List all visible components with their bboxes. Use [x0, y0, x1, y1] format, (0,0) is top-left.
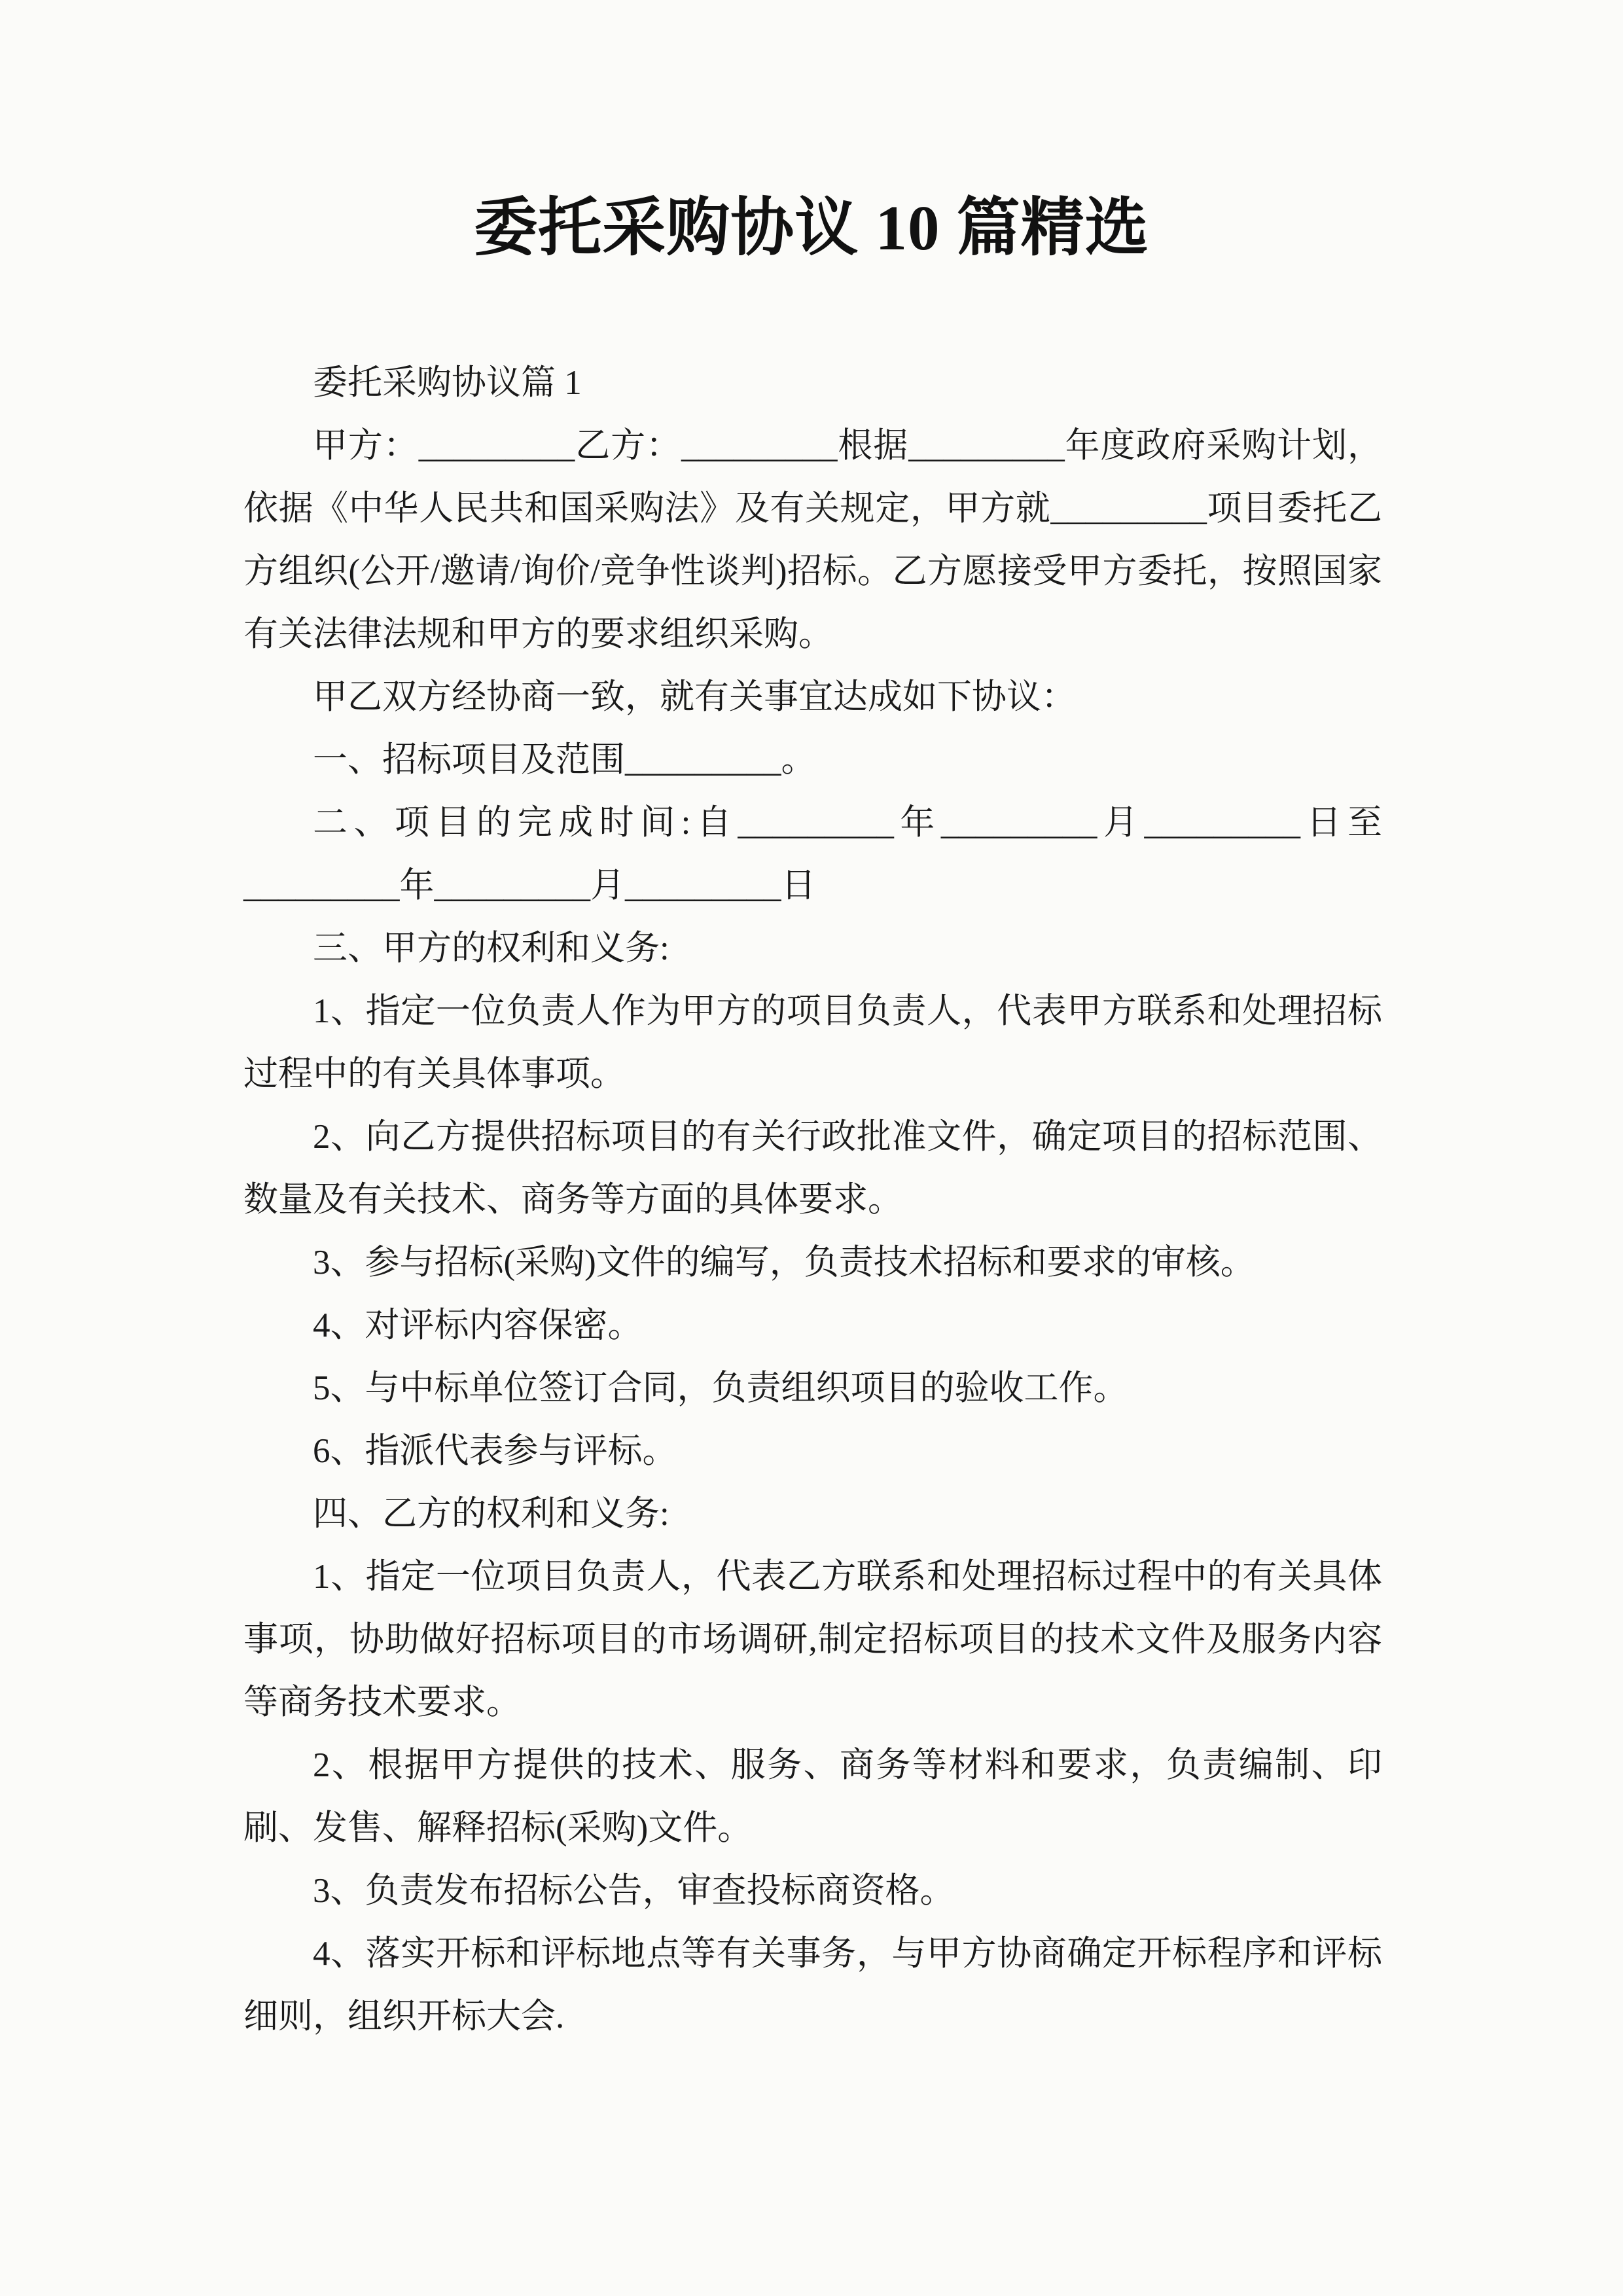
paragraph: 1、指定一位负责人作为甲方的项目负责人，代表甲方联系和处理招标过程中的有关具体事… [243, 980, 1382, 1105]
paragraph: 3、负责发布招标公告，审查投标商资格。 [243, 1859, 1382, 1922]
document-body: 委托采购协议篇 1甲方：_________乙方：_________根据_____… [243, 351, 1382, 2048]
paragraph: 三、甲方的权利和义务: [243, 917, 1382, 980]
paragraph: 5、与中标单位签订合同，负责组织项目的验收工作。 [243, 1357, 1382, 1420]
paragraph: 一、招标项目及范围_________。 [243, 728, 1382, 791]
paragraph: 甲乙双方经协商一致，就有关事宜达成如下协议： [243, 666, 1382, 728]
paragraph: 委托采购协议篇 1 [243, 351, 1382, 414]
paragraph: 6、指派代表参与评标。 [243, 1420, 1382, 1482]
paragraph: 甲方：_________乙方：_________根据_________年度政府采… [243, 414, 1382, 666]
paragraph: 2、向乙方提供招标项目的有关行政批准文件，确定项目的招标范围、数量及有关技术、商… [243, 1105, 1382, 1231]
paragraph: 二、项目的完成时间:自_________年_________月_________… [243, 791, 1382, 917]
document-title: 委托采购协议 10 篇精选 [0, 194, 1623, 264]
paragraph: 1、指定一位项目负责人，代表乙方联系和处理招标过程中的有关具体事项，协助做好招标… [243, 1545, 1382, 1734]
paragraph: 4、落实开标和评标地点等有关事务，与甲方协商确定开标程序和评标细则，组织开标大会… [243, 1922, 1382, 2048]
paragraph: 2、根据甲方提供的技术、服务、商务等材料和要求，负责编制、印刷、发售、解释招标(… [243, 1734, 1382, 1859]
paragraph: 四、乙方的权利和义务: [243, 1482, 1382, 1545]
paragraph: 4、对评标内容保密。 [243, 1294, 1382, 1357]
document-page: 委托采购协议 10 篇精选 委托采购协议篇 1甲方：_________乙方：__… [0, 0, 1623, 2296]
paragraph: 3、参与招标(采购)文件的编写，负责技术招标和要求的审核。 [243, 1231, 1382, 1294]
